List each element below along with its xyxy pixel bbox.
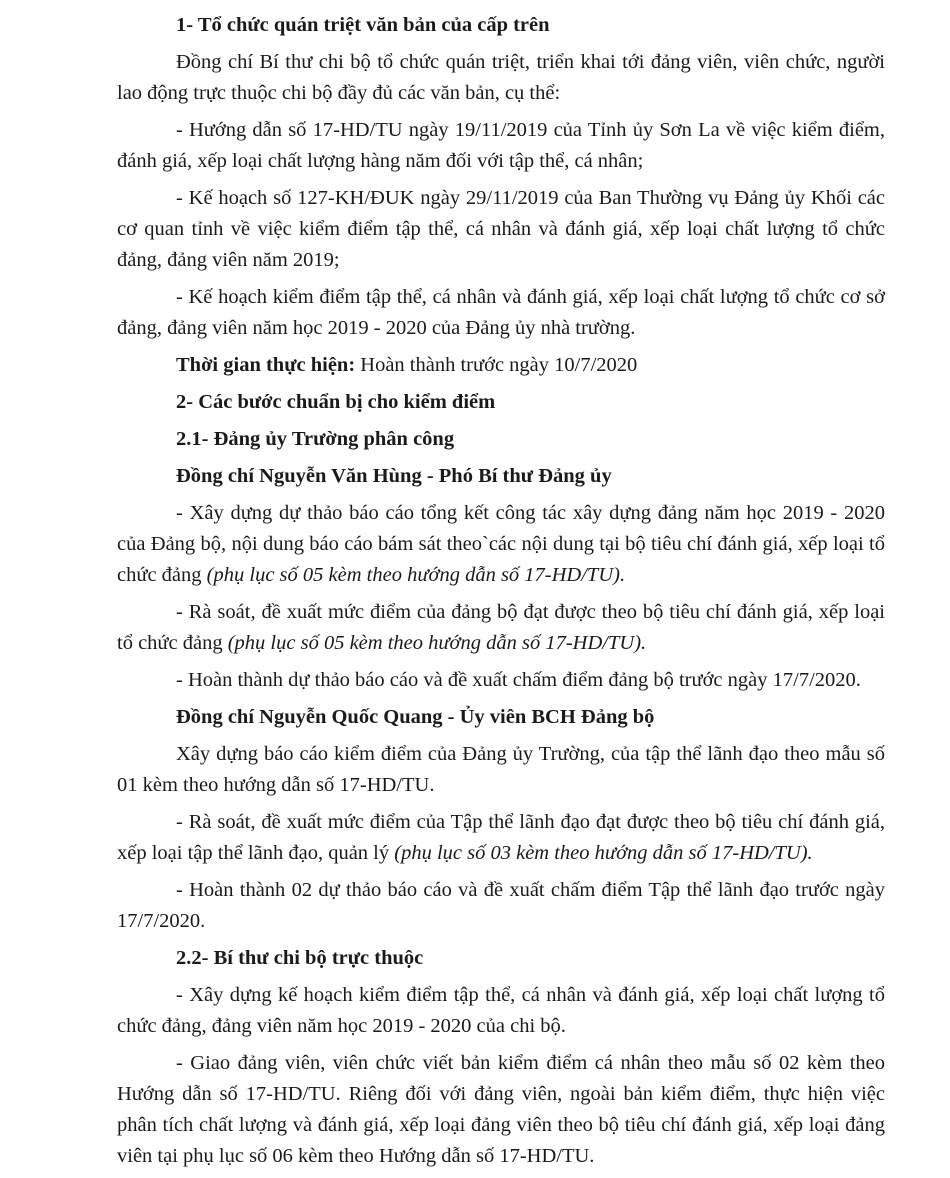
section-1-item: - Kế hoạch kiểm điểm tập thể, cá nhân và… (117, 282, 885, 344)
document-page: 1- Tổ chức quán triệt văn bản của cấp tr… (117, 10, 885, 1178)
section-2-heading: 2- Các bước chuẩn bị cho kiểm điểm (117, 387, 885, 418)
person-2-task: - Rà soát, đề xuất mức điểm của Tập thể … (117, 807, 885, 869)
subsection-2-1-heading: 2.1- Đảng ủy Trường phân công (117, 424, 885, 455)
deadline-value: Hoàn thành trước ngày 10/7/2020 (355, 354, 637, 376)
deadline-label: Thời gian thực hiện: (176, 354, 355, 376)
person-2-heading: Đồng chí Nguyễn Quốc Quang - Ủy viên BCH… (117, 702, 885, 733)
person-1-task: - Hoàn thành dự thảo báo cáo và đề xuất … (117, 665, 885, 696)
person-1-heading: Đồng chí Nguyễn Văn Hùng - Phó Bí thư Đả… (117, 461, 885, 492)
section-1-item: - Kế hoạch số 127-KH/ĐUK ngày 29/11/2019… (117, 183, 885, 276)
person-2-task: Xây dựng báo cáo kiểm điểm của Đảng ủy T… (117, 739, 885, 801)
secretary-task: - Xây dựng kế hoạch kiểm điểm tập thể, c… (117, 980, 885, 1042)
person-1-task: - Xây dựng dự thảo báo cáo tổng kết công… (117, 498, 885, 591)
task-reference: (phụ lục số 03 kèm theo hướng dẫn số 17-… (394, 842, 812, 864)
section-1-heading: 1- Tổ chức quán triệt văn bản của cấp tr… (117, 10, 885, 41)
task-reference: (phụ lục số 05 kèm theo hướng dẫn số 17-… (207, 564, 625, 586)
subsection-2-2-heading: 2.2- Bí thư chi bộ trực thuộc (117, 943, 885, 974)
secretary-task: - Giao đảng viên, viên chức viết bản kiể… (117, 1048, 885, 1172)
deadline-line: Thời gian thực hiện: Hoàn thành trước ng… (117, 350, 885, 381)
person-2-task: - Hoàn thành 02 dự thảo báo cáo và đề xu… (117, 875, 885, 937)
section-1-item: - Hướng dẫn số 17-HD/TU ngày 19/11/2019 … (117, 115, 885, 177)
section-1-intro: Đồng chí Bí thư chi bộ tổ chức quán triệ… (117, 47, 885, 109)
person-1-task: - Rà soát, đề xuất mức điểm của đảng bộ … (117, 597, 885, 659)
task-reference: (phụ lục số 05 kèm theo hướng dẫn số 17-… (228, 632, 646, 654)
